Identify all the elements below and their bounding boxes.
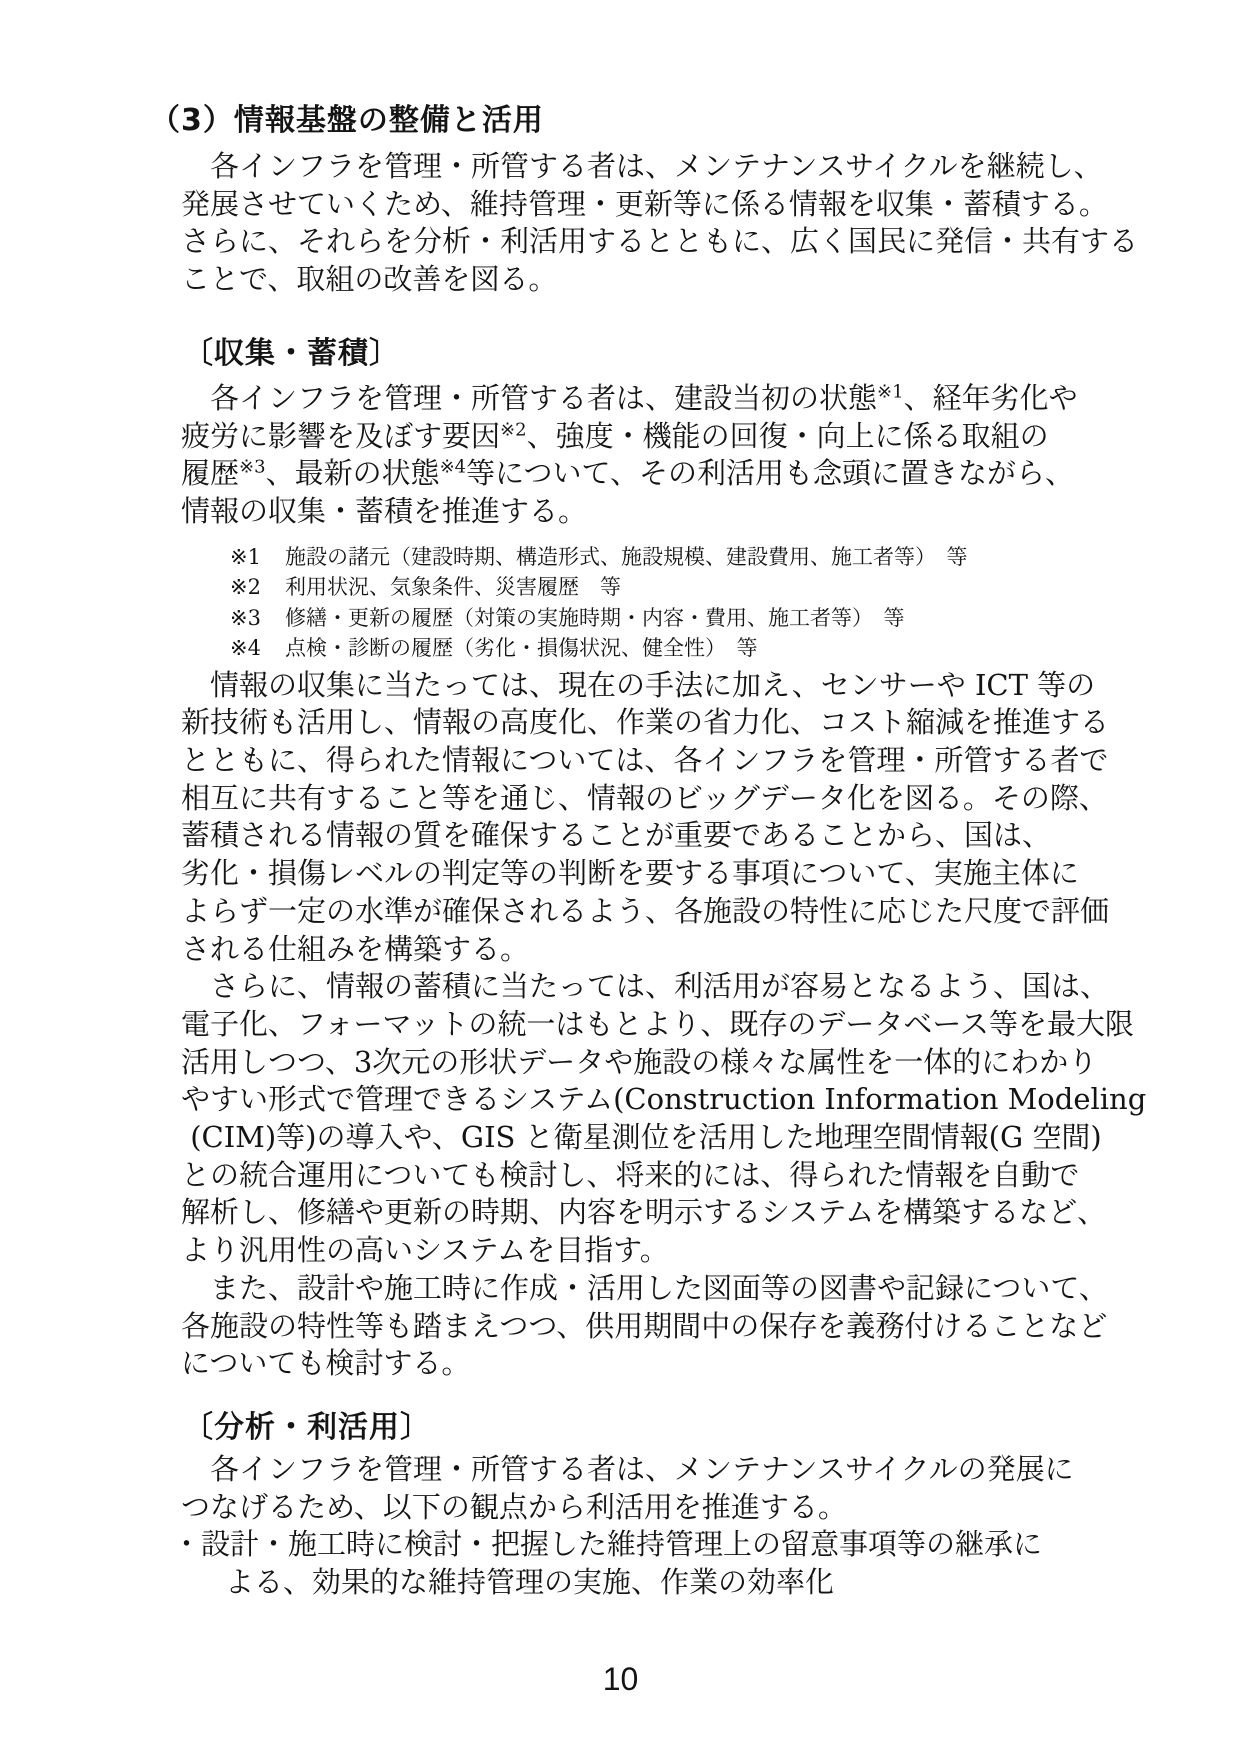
footnote-item: ※1施設の諸元（建設時期、構造形式、施設規模、建設費用、施工者等） 等 bbox=[230, 542, 1160, 573]
subheading-analysis: 〔分析・利活用〕 bbox=[183, 1409, 1160, 1447]
footnote-item: ※2利用状況、気象条件、災害履歴 等 bbox=[230, 572, 1160, 603]
footnote-marker: ※4 bbox=[230, 633, 285, 664]
footnotes-list: ※1施設の諸元（建設時期、構造形式、施設規模、建設費用、施工者等） 等 ※2利用… bbox=[230, 542, 1160, 664]
document-content: （3）情報基盤の整備と活用 各インフラを管理・所管する者は、メンテナンスサイクル… bbox=[150, 101, 1160, 1602]
footnote-marker: ※1 bbox=[230, 542, 285, 573]
text-run: 、最新の状態 bbox=[266, 456, 440, 490]
collection-detail-paragraph: 各インフラを管理・所管する者は、建設当初の状態※1、経年劣化や 疲労に影響を及ぼ… bbox=[181, 380, 1160, 531]
footnote-marker: ※3 bbox=[230, 603, 285, 634]
footnote-ref-2: ※2 bbox=[500, 419, 527, 440]
footnote-ref-1: ※1 bbox=[877, 381, 904, 402]
paragraph-storage-systems: さらに、情報の蓄積に当たっては、利活用が容易となるよう、国は、 電子化、フォーマ… bbox=[181, 968, 1160, 1270]
footnote-marker: ※2 bbox=[230, 572, 285, 603]
page-number: 10 bbox=[0, 1662, 1241, 1696]
footnote-ref-4: ※4 bbox=[440, 457, 467, 478]
paragraph-collection-methods: 情報の収集に当たっては、現在の手法に加え、センサーや ICT 等の 新技術も活用… bbox=[181, 667, 1160, 969]
analysis-paragraph: 各インフラを管理・所管する者は、メンテナンスサイクルの発展に つなげるため、以下… bbox=[181, 1451, 1160, 1526]
footnote-text: 施設の諸元（建設時期、構造形式、施設規模、建設費用、施工者等） 等 bbox=[285, 542, 968, 573]
paragraph-records-retention: また、設計や施工時に作成・活用した図面等の図書や記録について、 各施設の特性等も… bbox=[181, 1270, 1160, 1383]
footnote-text: 点検・診断の履歴（劣化・損傷状況、健全性） 等 bbox=[285, 633, 758, 664]
text-run: 各インフラを管理・所管する者は、建設当初の状態 bbox=[210, 381, 877, 415]
section-heading: （3）情報基盤の整備と活用 bbox=[150, 101, 1160, 141]
document-page: （3）情報基盤の整備と活用 各インフラを管理・所管する者は、メンテナンスサイクル… bbox=[0, 0, 1241, 1755]
footnote-text: 修繕・更新の履歴（対策の実施時期・内容・費用、施工者等） 等 bbox=[285, 603, 905, 634]
intro-paragraph: 各インフラを管理・所管する者は、メンテナンスサイクルを継続し、 発展させていくた… bbox=[181, 148, 1160, 299]
footnote-text: 利用状況、気象条件、災害履歴 等 bbox=[285, 572, 621, 603]
footnote-ref-3: ※3 bbox=[239, 457, 266, 478]
subheading-collection: 〔収集・蓄積〕 bbox=[183, 335, 1160, 373]
footnote-item: ※3修繕・更新の履歴（対策の実施時期・内容・費用、施工者等） 等 bbox=[230, 603, 1160, 634]
bullet-item: ・設計・施工時に検討・把握した維持管理上の留意事項等の継承に よる、効果的な維持… bbox=[172, 1526, 1160, 1601]
footnote-item: ※4点検・診断の履歴（劣化・損傷状況、健全性） 等 bbox=[230, 633, 1160, 664]
